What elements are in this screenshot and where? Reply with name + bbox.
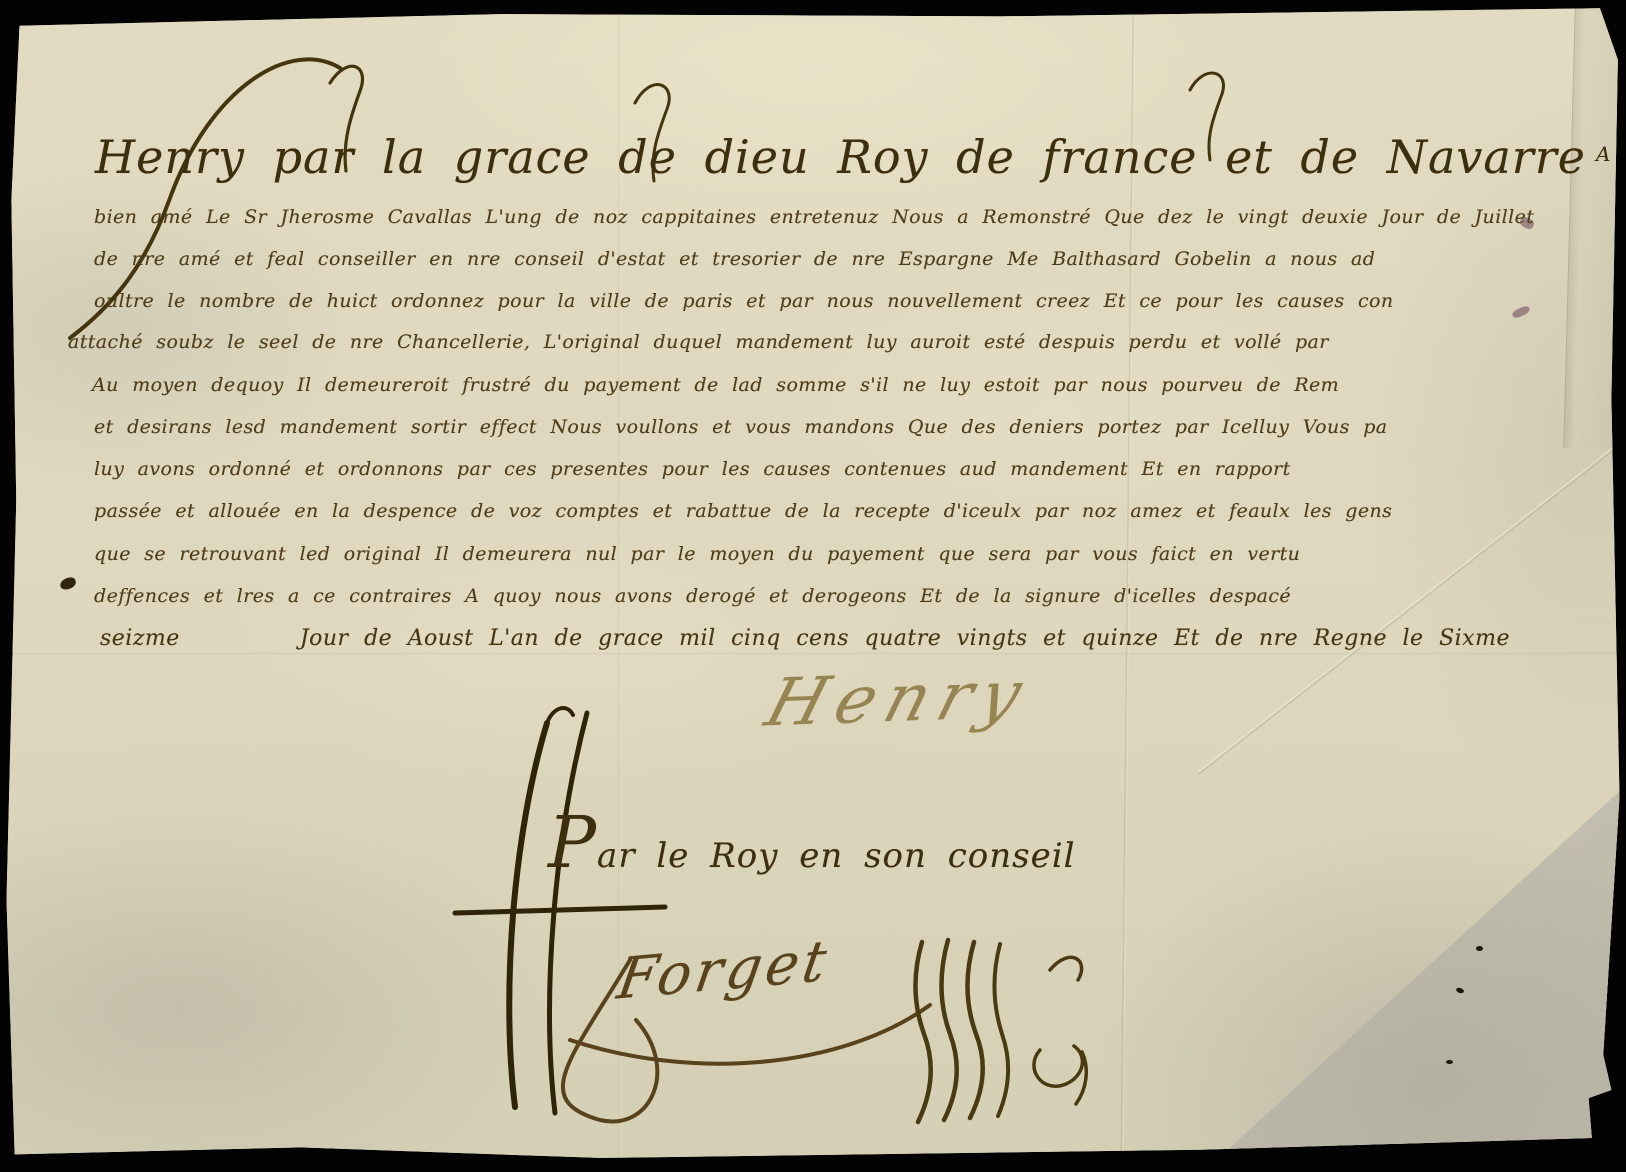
opening-flourish bbox=[50, 28, 1450, 228]
manuscript-line: bien amé Le Sr Jherosme Cavallas L'ung d… bbox=[94, 206, 1534, 228]
date-rest: Jour de Aoust L'an de grace mil cinq cen… bbox=[300, 626, 1510, 651]
manuscript-line: Au moyen dequoy Il demeureroit frustré d… bbox=[92, 374, 1339, 396]
manuscript-photo: Henry par la grace de dieu Roy de france… bbox=[0, 0, 1626, 1172]
secretary-flourish bbox=[540, 950, 960, 1140]
manuscript-line: luy avons ordonné et ordonnons par ces p… bbox=[94, 458, 1291, 480]
countersign-line: Par le Roy en son conseil bbox=[548, 822, 1075, 876]
opening-address: A nre amé et feal bbox=[1596, 142, 1626, 166]
parchment: Henry par la grace de dieu Roy de france… bbox=[0, 0, 1626, 1172]
ink-blot bbox=[59, 576, 77, 591]
date-day: seizme bbox=[100, 626, 180, 651]
date-line: seizmeJour de Aoust L'an de grace mil ci… bbox=[100, 626, 1510, 651]
horizontal-crease bbox=[0, 652, 1626, 655]
manuscript-line: oultre le nombre de huict ordonnez pour … bbox=[94, 290, 1393, 312]
edge-stain bbox=[1511, 305, 1531, 320]
manuscript-line: deffences et lres a ce contraires A quoy… bbox=[94, 585, 1291, 607]
ink-speck bbox=[1476, 946, 1483, 951]
opening-text: Henry par la grace de dieu Roy de france… bbox=[95, 130, 1586, 184]
signature-squiggles bbox=[900, 930, 1130, 1140]
right-edge-fold bbox=[1563, 8, 1626, 448]
opening-line: Henry par la grace de dieu Roy de france… bbox=[95, 130, 1626, 184]
king-signature: Henry bbox=[757, 656, 1040, 742]
manuscript-line: de nre amé et feal conseiller en nre con… bbox=[94, 248, 1375, 270]
manuscript-line: passée et allouée en la despence de voz … bbox=[94, 500, 1392, 522]
manuscript-line: que se retrouvant led original Il demeur… bbox=[94, 543, 1300, 565]
ink-speck bbox=[1446, 1060, 1453, 1064]
manuscript-line: et desirans lesd mandement sortir effect… bbox=[94, 416, 1388, 438]
ink-speck bbox=[1455, 987, 1464, 994]
manuscript-line: attaché soubz le seel de nre Chancelleri… bbox=[68, 331, 1329, 353]
